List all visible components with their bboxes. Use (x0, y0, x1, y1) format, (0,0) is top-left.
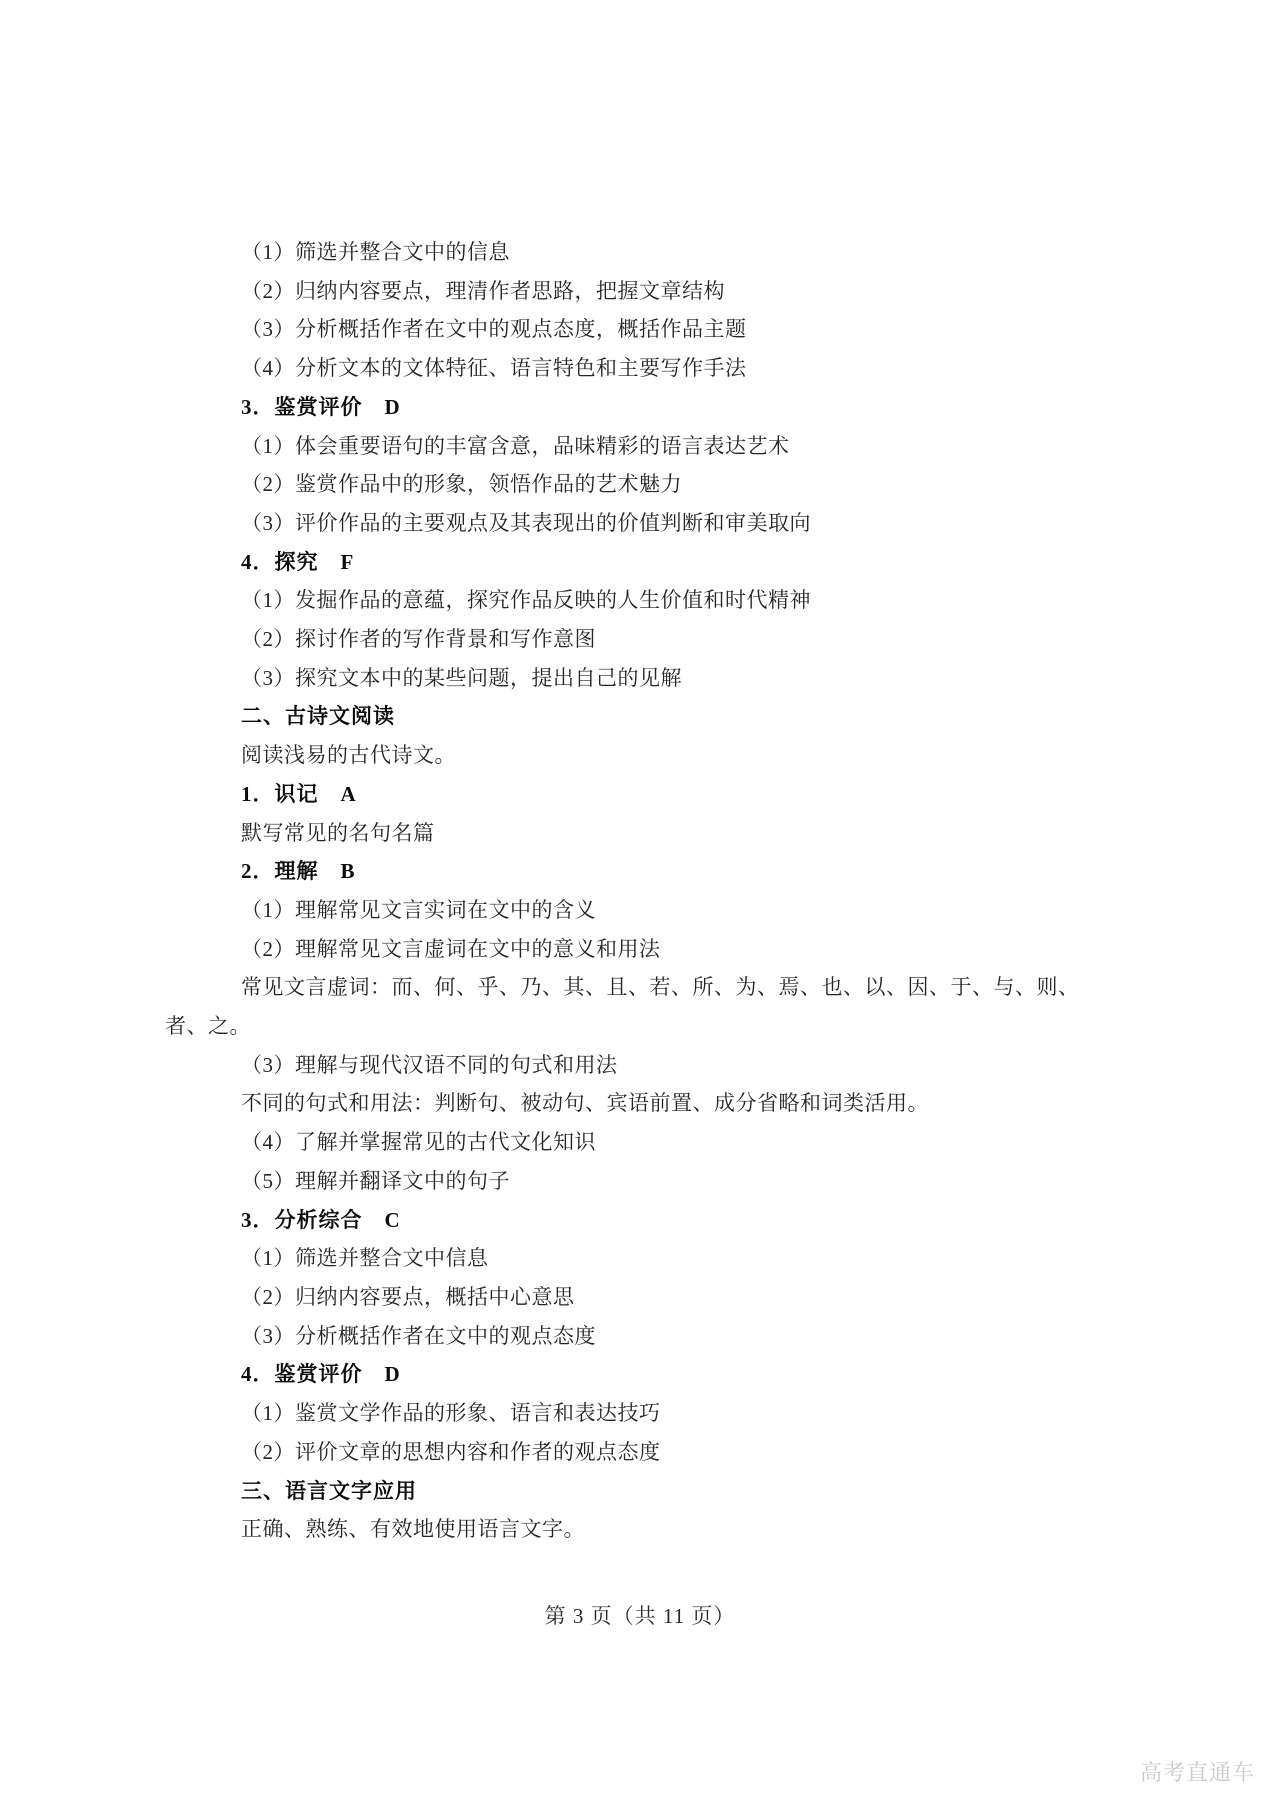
document-line: （2）理解常见文言虚词在文中的意义和用法 (165, 930, 1105, 969)
document-line: 者、之。 (165, 1007, 1105, 1046)
watermark: 高考直通车 (1140, 1756, 1255, 1787)
document-line: 4．鉴赏评价 D (165, 1355, 1105, 1394)
document-page: （1）筛选并整合文中的信息（2）归纳内容要点，理清作者思路，把握文章结构（3）分… (0, 0, 1280, 1810)
page-number: 第 3 页（共 11 页） (0, 1600, 1280, 1630)
document-line: 正确、熟练、有效地使用语言文字。 (165, 1510, 1105, 1549)
document-line: （1）筛选并整合文中信息 (165, 1239, 1105, 1278)
document-line: （4）分析文本的文体特征、语言特色和主要写作手法 (165, 349, 1105, 388)
document-line: （3）分析概括作者在文中的观点态度，概括作品主题 (165, 310, 1105, 349)
document-line: （1）鉴赏文学作品的形象、语言和表达技巧 (165, 1394, 1105, 1433)
document-line: 默写常见的名句名篇 (165, 814, 1105, 853)
document-line: （5）理解并翻译文中的句子 (165, 1162, 1105, 1201)
document-line: （2）归纳内容要点，概括中心意思 (165, 1278, 1105, 1317)
document-line: （3）分析概括作者在文中的观点态度 (165, 1317, 1105, 1356)
document-line: （2）评价文章的思想内容和作者的观点态度 (165, 1433, 1105, 1472)
document-line: （3）理解与现代汉语不同的句式和用法 (165, 1046, 1105, 1085)
document-line: 1．识记 A (165, 775, 1105, 814)
document-line: （1）筛选并整合文中的信息 (165, 233, 1105, 272)
document-line: 3．鉴赏评价 D (165, 388, 1105, 427)
document-line: 4．探究 F (165, 543, 1105, 582)
document-line: （1）理解常见文言实词在文中的含义 (165, 891, 1105, 930)
document-line: （3）评价作品的主要观点及其表现出的价值判断和审美取向 (165, 504, 1105, 543)
document-line: （2）鉴赏作品中的形象，领悟作品的艺术魅力 (165, 465, 1105, 504)
document-body: （1）筛选并整合文中的信息（2）归纳内容要点，理清作者思路，把握文章结构（3）分… (165, 233, 1105, 1549)
document-line: （1）体会重要语句的丰富含意，品味精彩的语言表达艺术 (165, 427, 1105, 466)
document-line: 常见文言虚词：而、何、乎、乃、其、且、若、所、为、焉、也、以、因、于、与、则、 (165, 968, 1105, 1007)
document-line: （3）探究文本中的某些问题，提出自己的见解 (165, 659, 1105, 698)
document-line: （2）归纳内容要点，理清作者思路，把握文章结构 (165, 272, 1105, 311)
document-line: 二、古诗文阅读 (165, 697, 1105, 736)
document-line: 不同的句式和用法：判断句、被动句、宾语前置、成分省略和词类活用。 (165, 1084, 1105, 1123)
document-line: 三、语言文字应用 (165, 1472, 1105, 1511)
document-line: （2）探讨作者的写作背景和写作意图 (165, 620, 1105, 659)
document-line: 2．理解 B (165, 852, 1105, 891)
document-line: （4）了解并掌握常见的古代文化知识 (165, 1123, 1105, 1162)
document-line: （1）发掘作品的意蕴，探究作品反映的人生价值和时代精神 (165, 581, 1105, 620)
document-line: 3．分析综合 C (165, 1201, 1105, 1240)
document-line: 阅读浅易的古代诗文。 (165, 736, 1105, 775)
